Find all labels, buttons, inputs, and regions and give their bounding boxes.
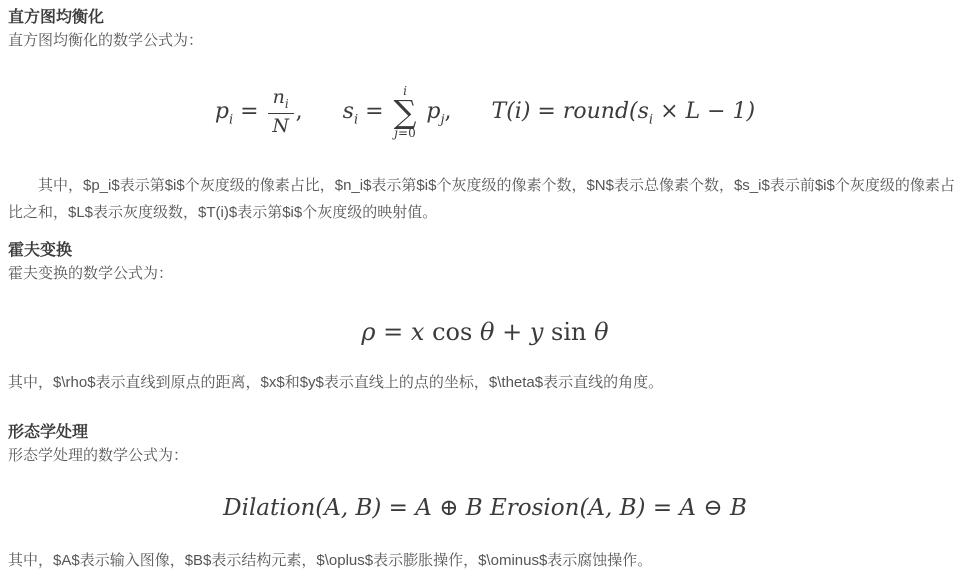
section-heading-hough-transform: 霍夫变换 bbox=[8, 243, 962, 259]
math-mapping-function: T(i) = round(si × L − 1) bbox=[492, 99, 756, 124]
section-intro-hough-transform: 霍夫变换的数学公式为： bbox=[8, 265, 962, 282]
sigma-icon: ∑ bbox=[394, 97, 417, 127]
formula-hough-transform: ρ = x cos θ + y sin θ bbox=[8, 318, 962, 346]
math-var-theta: θ bbox=[594, 318, 608, 346]
section-intro-histogram-equalization: 直方图均衡化的数学公式为： bbox=[8, 32, 962, 49]
math-fn-cos: cos bbox=[432, 318, 472, 346]
math-var-pj: pj, bbox=[426, 99, 451, 124]
math-equals: = bbox=[383, 318, 403, 346]
section-explanation-morphology: 其中，$A$表示输入图像，$B$表示结构元素，$\oplus$表示膨胀操作，$\… bbox=[8, 547, 962, 574]
math-fraction: niN bbox=[268, 88, 294, 136]
section-intro-morphology: 形态学处理的数学公式为： bbox=[8, 447, 962, 464]
ominus-icon: ⊖ bbox=[703, 495, 722, 521]
math-dilation-expression: Dilation(A, B) = A bbox=[223, 495, 432, 521]
oplus-icon: ⊕ bbox=[439, 495, 458, 521]
fraction-denominator: N bbox=[268, 114, 294, 136]
math-var-pi: pi bbox=[215, 99, 233, 124]
math-equals: = bbox=[240, 99, 258, 124]
math-comma: , bbox=[296, 99, 303, 124]
section-explanation-hough-transform: 其中，$\rho$表示直线到原点的距离，$x$和$y$表示直线上的点的坐标，$\… bbox=[8, 369, 962, 396]
fraction-numerator: ni bbox=[268, 88, 294, 114]
math-var-y: y bbox=[530, 318, 544, 346]
math-plus: + bbox=[502, 318, 522, 346]
math-var-b: B bbox=[730, 495, 747, 521]
math-var-rho: ρ bbox=[361, 318, 375, 346]
math-var-x: x bbox=[411, 318, 425, 346]
math-summation: i∑j=0 bbox=[394, 85, 417, 139]
section-explanation-histogram-equalization: 其中，$p_i$表示第$i$个灰度级的像素占比，$n_i$表示第$i$个灰度级的… bbox=[8, 172, 962, 226]
math-equals: = bbox=[365, 99, 383, 124]
math-erosion-expression: B Erosion(A, B) = A bbox=[466, 495, 696, 521]
math-fn-sin: sin bbox=[551, 318, 586, 346]
document-body: 直方图均衡化 直方图均衡化的数学公式为： pi = niN, si = i∑j=… bbox=[0, 10, 970, 574]
formula-histogram-equalization: pi = niN, si = i∑j=0 pj, T(i) = round(si… bbox=[8, 85, 962, 139]
math-var-si: si bbox=[343, 99, 358, 124]
section-heading-morphology: 形态学处理 bbox=[8, 425, 962, 441]
summation-lower-limit: j=0 bbox=[394, 127, 417, 139]
math-var-theta: θ bbox=[480, 318, 494, 346]
formula-morphology: Dilation(A, B) = A ⊕ B Erosion(A, B) = A… bbox=[8, 495, 962, 521]
section-heading-histogram-equalization: 直方图均衡化 bbox=[8, 10, 962, 26]
